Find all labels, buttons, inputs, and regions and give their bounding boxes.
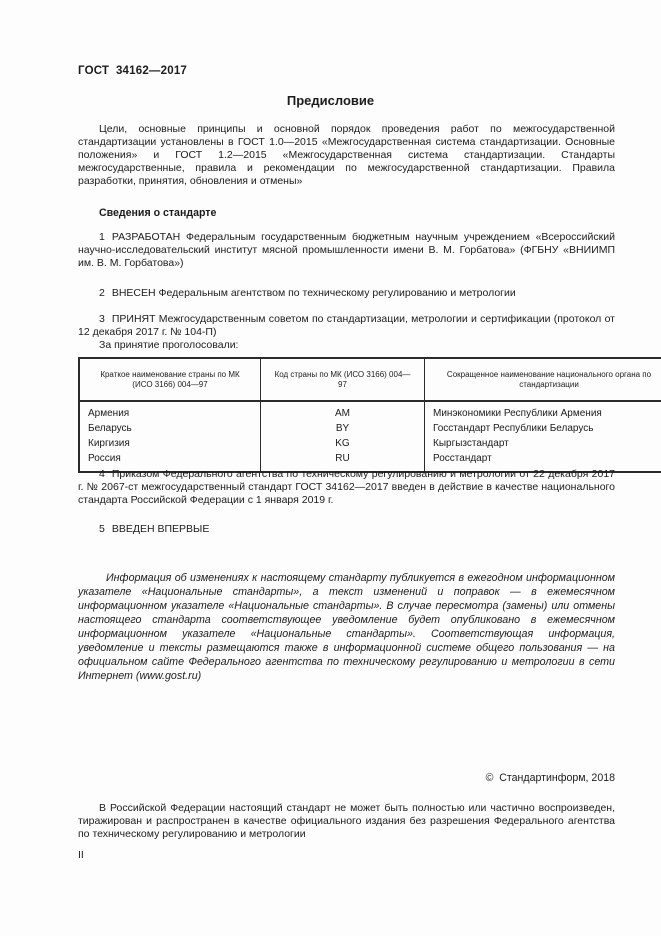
country-name: Армения	[80, 406, 260, 421]
item-text: ВВЕДЕН ВПЕРВЫЕ	[112, 523, 209, 535]
table-header-code: Код страны по МК (ИСО 3166) 004—97	[261, 358, 425, 401]
intro-paragraph: Цели, основные принципы и основной поряд…	[78, 123, 615, 188]
page-number: II	[78, 849, 84, 861]
voting-table: Краткое наименование страны по МК (ИСО 3…	[78, 357, 661, 473]
item-number: 2	[99, 287, 105, 299]
standard-item-5: 5ВВЕДЕН ВПЕРВЫЕ	[78, 523, 615, 536]
standard-info-heading: Сведения о стандарте	[99, 207, 216, 219]
org-name: Госстандарт Республики Беларусь	[425, 421, 661, 436]
table-body-row: Армения Беларусь Киргизия Россия AM BY K…	[79, 401, 661, 472]
org-name: Кыргызстандарт	[425, 436, 661, 451]
copyright-line: © Стандартинформ, 2018	[78, 772, 615, 784]
item-number: 3	[99, 313, 105, 325]
table-cell-codes: AM BY KG RU	[261, 401, 425, 472]
document-page: ГОСТ 34162—2017 Предисловие Цели, основн…	[0, 0, 661, 936]
voting-line: За принятие проголосовали:	[78, 339, 615, 352]
item-number: 4	[99, 468, 105, 480]
table-header-org: Сокращенное наименование национального о…	[425, 358, 661, 401]
country-code: AM	[261, 406, 424, 421]
table-header-row: Краткое наименование страны по МК (ИСО 3…	[79, 358, 661, 401]
item-number: 1	[99, 231, 105, 243]
doc-code: ГОСТ 34162—2017	[78, 65, 187, 77]
country-code: RU	[261, 451, 424, 466]
item-text: ПРИНЯТ Межгосударственным советом по ста…	[78, 313, 615, 338]
country-name: Россия	[80, 451, 260, 466]
country-code: KG	[261, 436, 424, 451]
table-header-country: Краткое наименование страны по МК (ИСО 3…	[79, 358, 261, 401]
reproduction-restriction: В Российской Федерации настоящий стандар…	[78, 802, 615, 841]
org-name: Минэкономики Республики Армения	[425, 406, 661, 421]
org-name: Росстандарт	[425, 451, 661, 466]
item-text: ВНЕСЕН Федеральным агентством по техниче…	[112, 287, 516, 299]
country-name: Беларусь	[80, 421, 260, 436]
item-text: Приказом Федерального агентства по техни…	[78, 468, 615, 506]
page-title: Предисловие	[0, 93, 661, 108]
country-code: BY	[261, 421, 424, 436]
table-cell-orgs: Минэкономики Республики Армения Госстанд…	[425, 401, 661, 472]
standard-item-3: 3ПРИНЯТ Межгосударственным советом по ст…	[78, 313, 615, 339]
changes-info-note: Информация об изменениях к настоящему ст…	[78, 571, 615, 683]
standard-item-1: 1РАЗРАБОТАН Федеральным государственным …	[78, 231, 615, 270]
country-name: Киргизия	[80, 436, 260, 451]
standard-item-4: 4Приказом Федерального агентства по техн…	[78, 468, 615, 507]
table-cell-countries: Армения Беларусь Киргизия Россия	[79, 401, 261, 472]
item-number: 5	[99, 523, 105, 535]
item-text: РАЗРАБОТАН Федеральным государственным б…	[78, 231, 615, 269]
standard-item-2: 2ВНЕСЕН Федеральным агентством по технич…	[78, 287, 615, 300]
